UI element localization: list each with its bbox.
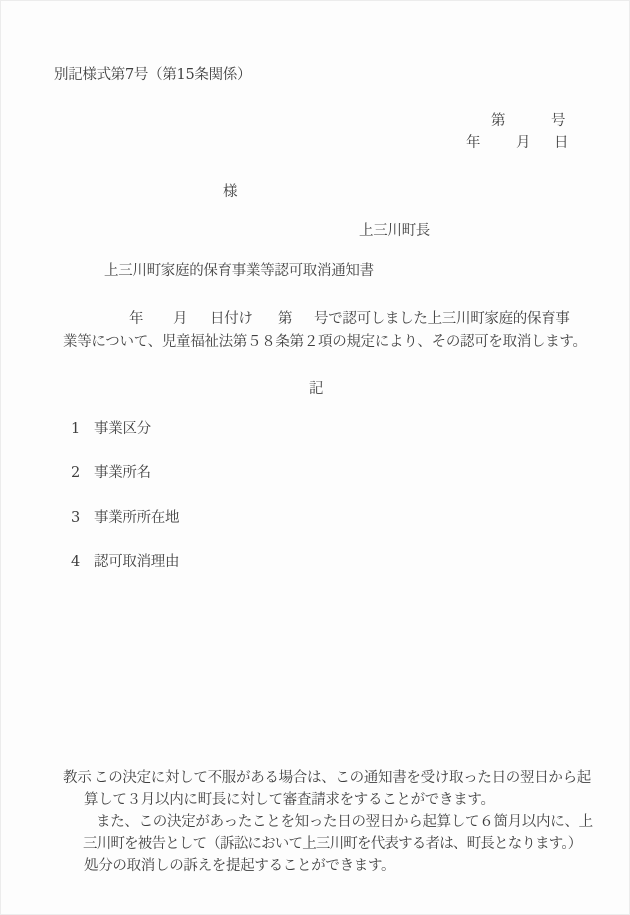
- ki-marker: 記: [309, 381, 323, 398]
- document-page: 別記様式第7号（第15条関係） 第 号 年 月 日 様 上三川町長 上三川町家庭…: [0, 0, 630, 915]
- item-4-label: 認可取消理由: [94, 554, 179, 571]
- notice-line-3: また、この決定があったことを知った日の翌日から起算して６箇月以内に、上: [96, 814, 593, 831]
- doc-number-prefix: 第: [491, 113, 505, 130]
- sender-title: 上三川町長: [359, 223, 430, 240]
- doc-number-suffix: 号: [551, 113, 565, 130]
- item-2-label: 事業所名: [94, 465, 151, 482]
- notice-line-5: 処分の取消しの訴えを提起することができます。: [84, 858, 395, 875]
- notice-line-4: 三川町を被告として（訴訟において上三川町を代表する者は、町長となります。）: [83, 836, 582, 853]
- notice-line-2: 算して３月以内に町長に対して審査請求をすることができます。: [84, 792, 495, 809]
- body-line1-year: 年: [129, 311, 143, 328]
- date-year-label: 年: [466, 135, 480, 152]
- addressee-honorific: 様: [223, 184, 237, 201]
- body-line1-number-prefix: 第: [278, 311, 292, 328]
- form-number: 別記様式第7号（第15条関係）: [54, 67, 251, 84]
- item-3-label: 事業所所在地: [94, 510, 179, 527]
- date-day-label: 日: [554, 135, 568, 152]
- item-4-number: 4: [71, 554, 80, 571]
- date-month-label: 月: [516, 135, 530, 152]
- body-line1-text: 号で認可しました上三川町家庭的保育事: [314, 311, 570, 328]
- notice-label: 教示: [63, 770, 91, 787]
- item-3-number: 3: [71, 510, 80, 527]
- document-title: 上三川町家庭的保育事業等認可取消通知書: [104, 263, 374, 280]
- body-line1-dated: 日付け: [210, 311, 253, 328]
- item-1-label: 事業区分: [94, 421, 151, 438]
- item-2-number: 2: [71, 465, 80, 482]
- notice-line-1: この決定に対して不服がある場合は、この通知書を受け取った日の翌日から起: [94, 770, 591, 787]
- body-line1-month: 月: [173, 311, 187, 328]
- body-line2-text: 業等について、児童福祉法第５８条第２項の規定により、その認可を取消します。: [63, 334, 587, 351]
- item-1-number: 1: [71, 421, 80, 438]
